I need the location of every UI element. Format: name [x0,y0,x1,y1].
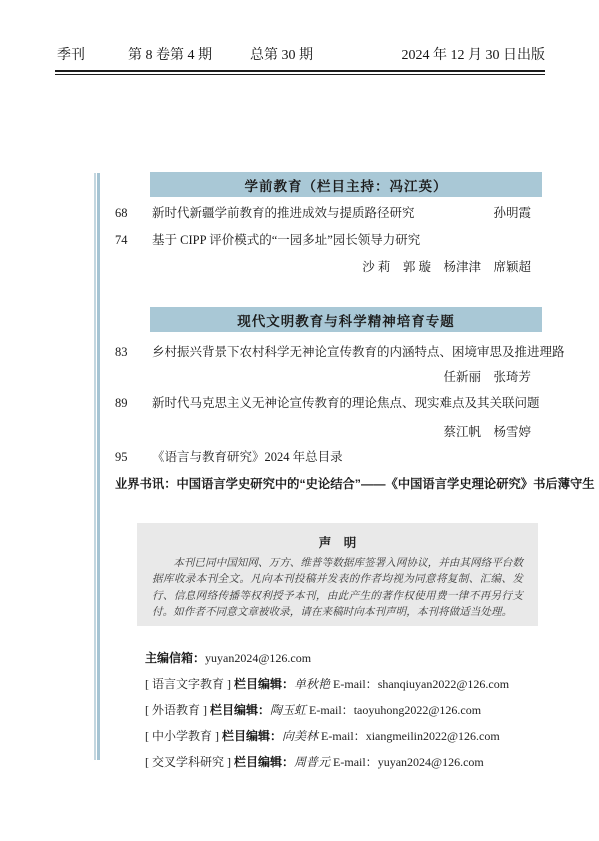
entry-page-number: 89 [115,396,152,411]
editor-email: yuyan2024@126.com [378,755,484,769]
column-editor-label: 栏目编辑： [234,677,294,691]
column-editor-label: 栏目编辑： [234,755,294,769]
toc-entry-89: 89 新时代马克思主义无神论宣传教育的理论焦点、现实难点及其关联问题 [115,396,531,411]
entry-authors: 沙 莉 郭 璇 杨津津 席颖超 [115,260,531,275]
journal-toc-page: 季刊 第 8 卷第 4 期 总第 30 期 2024 年 12 月 30 日出版… [0,0,599,841]
section-header-modern-civilization: 现代文明教育与科学精神培育专题 [150,307,542,332]
toc-entry-95: 95 《语言与教育研究》2024 年总目录 [115,450,531,465]
email-label: E-mail： [306,703,354,717]
email-label: E-mail： [318,729,366,743]
publish-date: 2024 年 12 月 30 日出版 [402,47,546,65]
left-vertical-rule-thin [94,173,96,760]
entry-authors: 蔡江帆 杨雪婷 [115,425,531,440]
column-editor-line: [ 语言文字教育 ] 栏目编辑：单秋艳 E-mail：shanqiuyan202… [145,677,555,692]
column-name: [ 外语教育 ] [145,703,210,717]
entry-page-number: 83 [115,345,152,360]
editor-name: 单秋艳 [294,677,330,691]
chief-editor-email: yuyan2024@126.com [205,651,311,665]
entry-title: 基于 CIPP 评价模式的“一园多址”园长领导力研究 [152,233,531,248]
publication-frequency: 季刊 [57,47,85,65]
chief-editor-label: 主编信箱： [145,651,205,665]
toc-entry-83: 83 乡村振兴背景下农村科学无神论宣传教育的内涵特点、困境审思及推进理路 [115,345,531,360]
column-editor-line: [ 中小学教育 ] 栏目编辑：向美林 E-mail：xiangmeilin202… [145,729,555,744]
volume-issue: 第 8 卷第 4 期 [128,47,212,65]
copyright-notice-box: 声 明 本刊已同中国知网、万方、维普等数据库签署入网协议，并由其网络平台数据库收… [137,523,538,626]
column-editor-line: [ 交叉学科研究 ] 栏目编辑：周普元 E-mail：yuyan2024@126… [145,755,555,770]
book-news-text: 业界书讯：中国语言学史研究中的“史论结合”——《中国语言学史理论研究》书后 [115,477,558,492]
column-editor-line: [ 外语教育 ] 栏目编辑：陶玉虹 E-mail：taoyuhong2022@1… [145,703,555,718]
entry-page-number: 68 [115,206,152,221]
editor-email: shanqiuyan2022@126.com [378,677,509,691]
entry-page-number: 95 [115,450,152,465]
column-name: [ 中小学教育 ] [145,729,222,743]
book-news-line: 业界书讯：中国语言学史研究中的“史论结合”——《中国语言学史理论研究》书后 薄守… [115,477,545,492]
editor-name: 陶玉虹 [270,703,306,717]
column-editor-label: 栏目编辑： [210,703,270,717]
editor-name: 周普元 [294,755,330,769]
entry-page-number: 74 [115,233,152,248]
entry-title: 新时代新疆学前教育的推进成效与提质路径研究 [152,206,493,221]
entry-authors: 孙明霞 [493,206,531,221]
left-vertical-rule-thick [97,173,100,760]
masthead-rule [55,70,545,75]
masthead: 季刊 第 8 卷第 4 期 总第 30 期 2024 年 12 月 30 日出版 [55,47,545,65]
notice-body: 本刊已同中国知网、万方、维普等数据库签署入网协议，并由其网络平台数据库收录本刊全… [152,556,523,621]
editor-email: xiangmeilin2022@126.com [366,729,500,743]
column-name: [ 交叉学科研究 ] [145,755,234,769]
book-news-author: 薄守生 [558,477,595,492]
editor-email: taoyuhong2022@126.com [354,703,481,717]
email-label: E-mail： [330,755,378,769]
editor-name: 向美林 [282,729,318,743]
entry-title: 新时代马克思主义无神论宣传教育的理论焦点、现实难点及其关联问题 [152,396,540,411]
email-label: E-mail： [330,677,378,691]
column-name: [ 语言文字教育 ] [145,677,234,691]
notice-title: 声 明 [137,533,538,551]
toc-entry-68: 68 新时代新疆学前教育的推进成效与提质路径研究 孙明霞 [115,206,531,221]
column-editor-label: 栏目编辑： [222,729,282,743]
toc-entry-74: 74 基于 CIPP 评价模式的“一园多址”园长领导力研究 [115,233,531,248]
chief-editor-mailbox: 主编信箱：yuyan2024@126.com [145,651,555,666]
section-header-preschool-education: 学前教育（栏目主持：冯江英） [150,172,542,197]
total-issue: 总第 30 期 [250,47,313,65]
entry-authors: 任新丽 张琦芳 [115,370,531,385]
entry-title: 乡村振兴背景下农村科学无神论宣传教育的内涵特点、困境审思及推进理路 [152,345,565,360]
entry-title: 《语言与教育研究》2024 年总目录 [152,450,531,465]
